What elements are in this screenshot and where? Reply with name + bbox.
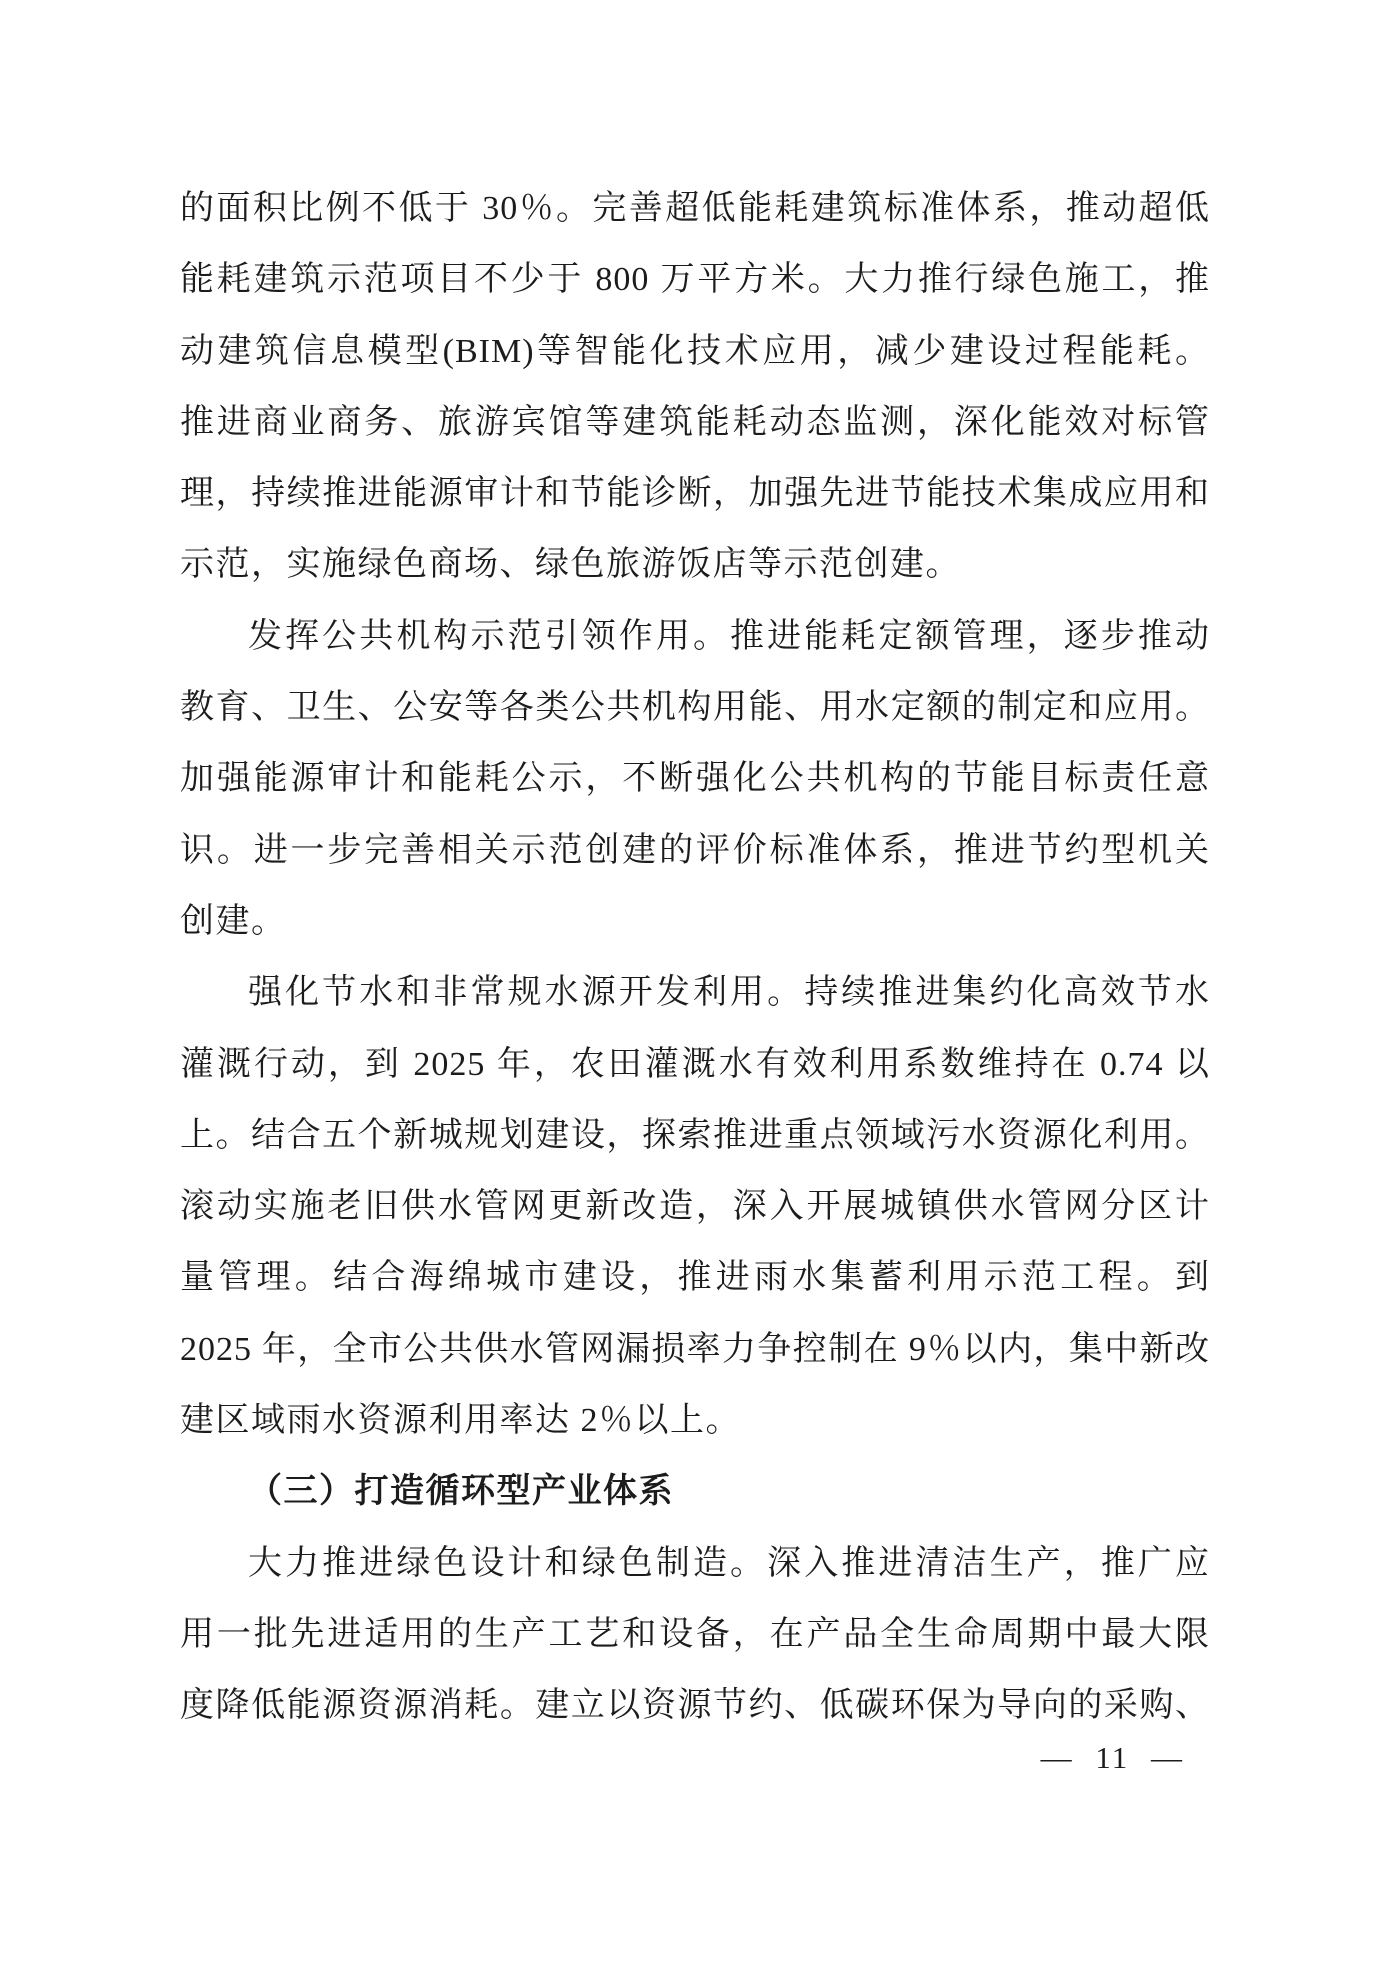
text-line: 理，持续推进能源审计和节能诊断，加强先进节能技术集成应用和 bbox=[180, 471, 1210, 542]
text-line: 教育、卫生、公安等各类公共机构用能、用水定额的制定和应用。 bbox=[180, 685, 1210, 756]
text-line: 创建。 bbox=[180, 899, 1210, 970]
text-line: 示范，实施绿色商场、绿色旅游饭店等示范创建。 bbox=[180, 542, 1210, 613]
text-line: 识。进一步完善相关示范创建的评价标准体系，推进节约型机关 bbox=[180, 828, 1210, 899]
page-footer: — 11 — bbox=[180, 1740, 1210, 1776]
paragraph-green-design: 大力推进绿色设计和绿色制造。深入推进清洁生产，推广应用一批先进适用的生产工艺和设… bbox=[180, 1541, 1210, 1755]
heading-section-3: （三）打造循环型产业体系 bbox=[180, 1469, 1210, 1540]
text-line: 加强能源审计和能耗公示，不断强化公共机构的节能目标责任意 bbox=[180, 756, 1210, 827]
paragraph-public-institutions: 发挥公共机构示范引领作用。推进能耗定额管理，逐步推动教育、卫生、公安等各类公共机… bbox=[180, 614, 1210, 970]
text-line: 量管理。结合海绵城市建设，推进雨水集蓄利用示范工程。到 bbox=[180, 1255, 1210, 1326]
text-line: 推进商业商务、旅游宾馆等建筑能耗动态监测，深化能效对标管 bbox=[180, 400, 1210, 471]
text-line: 2025 年，全市公共供水管网漏损率力争控制在 9％以内，集中新改 bbox=[180, 1327, 1210, 1398]
text-line: 能耗建筑示范项目不少于 800 万平方米。大力推行绿色施工，推 bbox=[180, 257, 1210, 328]
document-page: 的面积比例不低于 30％。完善超低能耗建筑标准体系，推动超低能耗建筑示范项目不少… bbox=[0, 0, 1388, 1964]
text-line: 滚动实施老旧供水管网更新改造，深入开展城镇供水管网分区计 bbox=[180, 1184, 1210, 1255]
section-heading: （三）打造循环型产业体系 bbox=[180, 1469, 1210, 1540]
text-line: 上。结合五个新城规划建设，探索推进重点领域污水资源化利用。 bbox=[180, 1113, 1210, 1184]
text-line: 灌溉行动，到 2025 年，农田灌溉水有效利用系数维持在 0.74 以 bbox=[180, 1042, 1210, 1113]
text-line: 动建筑信息模型(BIM)等智能化技术应用，减少建设过程能耗。 bbox=[180, 329, 1210, 400]
text-line: 大力推进绿色设计和绿色制造。深入推进清洁生产，推广应 bbox=[180, 1541, 1210, 1612]
paragraph-water-saving: 强化节水和非常规水源开发利用。持续推进集约化高效节水灌溉行动，到 2025 年，… bbox=[180, 970, 1210, 1469]
text-line: 强化节水和非常规水源开发利用。持续推进集约化高效节水 bbox=[180, 970, 1210, 1041]
text-line: 用一批先进适用的生产工艺和设备，在产品全生命周期中最大限 bbox=[180, 1612, 1210, 1683]
page-number: — 11 — bbox=[1041, 1740, 1184, 1775]
text-line: 的面积比例不低于 30％。完善超低能耗建筑标准体系，推动超低 bbox=[180, 186, 1210, 257]
document-body: 的面积比例不低于 30％。完善超低能耗建筑标准体系，推动超低能耗建筑示范项目不少… bbox=[180, 186, 1210, 1755]
text-line: 建区域雨水资源利用率达 2％以上。 bbox=[180, 1398, 1210, 1469]
paragraph-building-energy: 的面积比例不低于 30％。完善超低能耗建筑标准体系，推动超低能耗建筑示范项目不少… bbox=[180, 186, 1210, 614]
text-line: 发挥公共机构示范引领作用。推进能耗定额管理，逐步推动 bbox=[180, 614, 1210, 685]
